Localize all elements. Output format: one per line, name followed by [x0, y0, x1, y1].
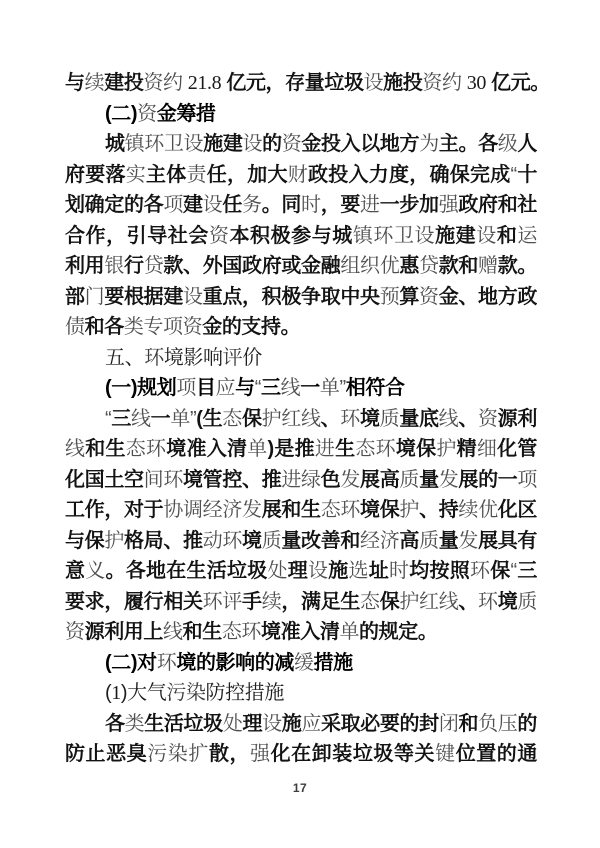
paragraph-line: 与保护格局、推动环境质量改善和经济高质量发展具有重要	[65, 526, 537, 557]
paragraph-line: 各类生活垃圾处理设施应采取必要的封闭和负压的措施	[65, 709, 537, 740]
subsection-heading: (二)资金筹措	[65, 99, 537, 130]
paragraph-line: 意义。各地在生活垃圾处理设施选址时均按照环保“三同时”	[65, 556, 537, 587]
document-body: 与续建投资约 21.8 亿元，存量垃圾设施投资约 30 亿元。 (二)资金筹措 …	[65, 68, 537, 770]
paragraph-line: 要求，履行相关环评手续，满足生态保护红线、环境质量底线、	[65, 587, 537, 618]
paragraph-line: 债和各类专项资金的支持。	[65, 312, 537, 343]
subsection-heading: (一)规划项目应与“三线一单”相符合	[65, 373, 537, 404]
paragraph-line: 防止恶臭污染扩散，强化在卸装垃圾等关键位置的通风、降尘、	[65, 739, 537, 770]
paragraph-line: 合作，引导社会资本积极参与城镇环卫设施建设和运营;鼓励	[65, 221, 537, 252]
paragraph-line: 府要落实主体责任，加大财政投入力度，确保完成“十四五”规	[65, 160, 537, 191]
section-heading: 五、环境影响评价	[65, 343, 537, 374]
paragraph-line: 化国土空间环境管控、推进绿色发展高质量发展的一项重要	[65, 465, 537, 496]
paragraph-line: 线和生态环境准入清单)是推进生态环境保护精细化管理、强	[65, 434, 537, 465]
clause-heading: (1)大气污染防控措施	[65, 678, 537, 709]
paragraph-line: 部门要根据建设重点，积极争取中央预算资金、地方政府专项	[65, 282, 537, 313]
paragraph-line: 工作，对于协调经济发展和生态环境保护、持续优化区域发展	[65, 495, 537, 526]
paragraph-line: 城镇环卫设施建设的资金投入以地方为主。各级人民政	[65, 129, 537, 160]
paragraph-line: 划确定的各项建设任务。同时，要进一步加强政府和社会资本	[65, 190, 537, 221]
page-number: 17	[0, 781, 600, 795]
document-page: 与续建投资约 21.8 亿元，存量垃圾设施投资约 30 亿元。 (二)资金筹措 …	[0, 0, 600, 848]
subsection-heading: (二)对环境的影响的减缓措施	[65, 648, 537, 679]
paragraph-line: 与续建投资约 21.8 亿元，存量垃圾设施投资约 30 亿元。	[65, 68, 537, 99]
paragraph-line: 资源利用上线和生态环境准入清单的规定。	[65, 617, 537, 648]
paragraph-line: 利用银行贷款、外国政府或金融组织优惠贷款和赠款。省有关	[65, 251, 537, 282]
paragraph-line: “三线一单”(生态保护红线、环境质量底线、资源利用上	[65, 404, 537, 435]
